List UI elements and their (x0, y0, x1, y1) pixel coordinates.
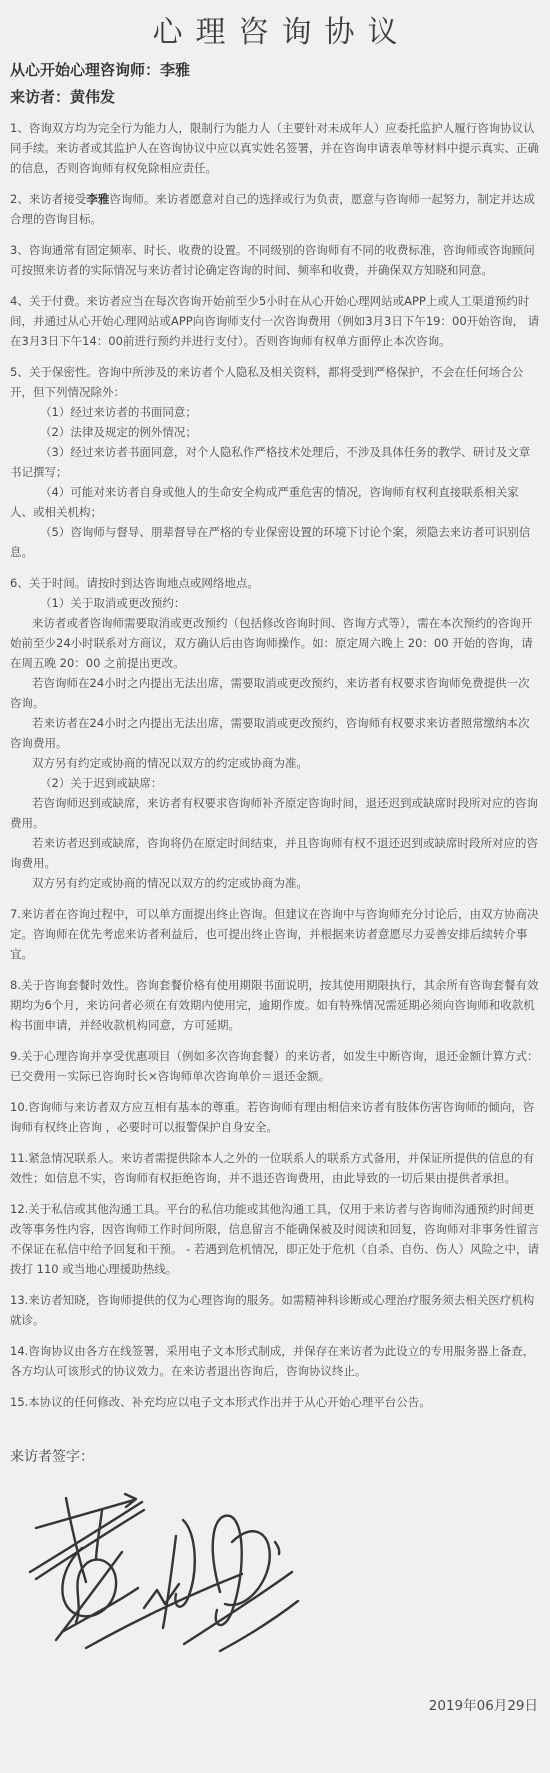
agreement-paragraph: 13.来访者知晓，咨询师提供的仅为心理咨询的服务。如需精神科诊断或心理治疗服务须… (10, 1290, 540, 1330)
agreement-paragraph: 若来访者迟到或缺席，咨询将仍在原定时间结束，并且咨询师有权不退还迟到或缺席时段所… (10, 833, 540, 873)
agreement-paragraph: 7.来访者在咨询过程中，可以单方面提出终止咨询。但建议在咨询中与咨询师充分讨论后… (10, 904, 540, 964)
agreement-paragraph: （2）法律及规定的例外情况； (10, 422, 540, 442)
visitor-signature-label: 来访者签字： (10, 1448, 540, 1466)
agreement-paragraph: （3）经过来访者书面同意，对个人隐私作严格技术处理后，不涉及具体任务的教学、研讨… (10, 442, 540, 482)
paragraph-text: （4）可能对来访者自身或他人的生命安全构成严重危害的情况，咨询师有权利直接联系相… (10, 485, 519, 519)
paragraph-text: 5、关于保密性。咨询中所涉及的来访者个人隐私及相关资料，都将受到严格保护，不会在… (10, 365, 523, 399)
party-name-bold: 李雅 (86, 192, 109, 206)
agreement-paragraph: 9.关于心理咨询并享受优惠项目（例如多次咨询套餐）的来访者，如发生中断咨询，退还… (10, 1046, 540, 1086)
paragraph-text: 9.关于心理咨询并享受优惠项目（例如多次咨询套餐）的来访者，如发生中断咨询，退还… (10, 1049, 538, 1083)
paragraph-text: 6、关于时间。请按时到达咨询地点或网络地点。 (10, 576, 259, 590)
signature-stroke (36, 1510, 144, 1579)
signature-stroke (36, 1500, 134, 1528)
agreement-paragraph: 若咨询师在24小时之内提出无法出席，需要取消或更改预约，来访者有权要求咨询师免费… (10, 673, 540, 713)
signature-stroke (275, 1542, 279, 1554)
signature-stroke (163, 1536, 176, 1628)
agreement-paragraph: 4、关于付费。来访者应当在每次咨询开始前至少5小时在从心开始心理网站或APP上或… (10, 291, 540, 351)
agreement-paragraph: （4）可能对来访者自身或他人的生命安全构成严重危害的情况，咨询师有权利直接联系相… (10, 482, 540, 522)
agreement-document: 心理咨询协议 从心开始心理咨询师：李雅 来访者：黄伟发 1、咨询双方均为完全行为… (0, 0, 550, 1773)
agreement-paragraph: 6、关于时间。请按时到达咨询地点或网络地点。 (10, 573, 540, 593)
signature-stroke (220, 1601, 298, 1651)
agreement-paragraph: 11.紧急情况联系人。来访者需提供除本人之外的一位联系人的联系方式备用，并保证所… (10, 1148, 540, 1188)
agreement-paragraph: 5、关于保密性。咨询中所涉及的来访者个人隐私及相关资料，都将受到严格保护，不会在… (10, 362, 540, 402)
agreement-paragraph: （1）经过来访者的书面同意； (10, 402, 540, 422)
paragraph-text: 若来访者在24小时之内提出无法出席，需要取消或更改预约，咨询师有权要求来访者照常… (10, 716, 530, 750)
paragraph-text: （5）咨询师与督导、朋辈督导在严格的专业保密设置的环境下讨论个案，须隐去来访者可… (10, 525, 530, 559)
paragraph-text: 双方另有约定或协商的情况以双方的约定或协商为准。 (32, 756, 308, 770)
paragraph-text: 7.来访者在咨询过程中，可以单方面提出终止咨询。但建议在咨询中与咨询师充分讨论后… (10, 907, 538, 961)
signature-stroke (184, 1572, 292, 1644)
agreement-paragraph: 15.本协议的任何修改、补充均应以电子文本形式作出并于从心开始心理平台公告。 (10, 1392, 540, 1412)
agreement-paragraph: 若咨询师迟到或缺席，来访者有权要求咨询师补齐原定咨询时间，退还迟到或缺席时段所对… (10, 793, 540, 833)
agreement-paragraph: （2）关于迟到或缺席： (10, 773, 540, 793)
paragraph-text: 1、咨询双方均为完全行为能力人，限制行为能力人（主要针对未成年人）应委托监护人履… (10, 121, 539, 175)
agreement-paragraph: 1、咨询双方均为完全行为能力人，限制行为能力人（主要针对未成年人）应委托监护人履… (10, 118, 540, 178)
agreement-paragraph: 若来访者在24小时之内提出无法出席，需要取消或更改预约，咨询师有权要求来访者照常… (10, 713, 540, 753)
agreement-paragraph: 来访者或者咨询师需要取消或更改预约（包括修改咨询时间、咨询方式等），需在本次预约… (10, 613, 540, 673)
agreement-clauses: 1、咨询双方均为完全行为能力人，限制行为能力人（主要针对未成年人）应委托监护人履… (10, 118, 540, 1412)
document-title: 心理咨询协议 (10, 14, 540, 52)
paragraph-text: （2）法律及规定的例外情况； (40, 425, 197, 439)
signature-stroke (62, 1548, 116, 1622)
agreement-paragraph: 8.关于咨询套餐时效性。咨询套餐价格有使用期限书面说明，按其使用期限执行，其余所… (10, 975, 540, 1035)
paragraph-text: （2）关于迟到或缺席： (40, 776, 162, 790)
paragraph-text: 若来访者迟到或缺席，咨询将仍在原定时间结束，并且咨询师有权不退还迟到或缺席时段所… (10, 836, 538, 870)
signature-section: 来访者签字： 2019年06月29日 (10, 1448, 540, 1773)
paragraph-text: 若咨询师在24小时之内提出无法出席，需要取消或更改预约，来访者有权要求咨询师免费… (10, 676, 530, 710)
paragraph-text: 若咨询师迟到或缺席，来访者有权要求咨询师补齐原定咨询时间，退还迟到或缺席时段所对… (10, 796, 538, 830)
agreement-paragraph: （1）关于取消或更改预约： (10, 593, 540, 613)
signature-stroke (56, 1552, 122, 1640)
paragraph-text: 11.紧急情况联系人。来访者需提供除本人之外的一位联系人的联系方式备用，并保证所… (10, 1151, 534, 1185)
paragraph-text: 2、来访者接受 (10, 192, 86, 206)
agreement-paragraph: 10.咨询师与来访者双方应互相有基本的尊重。若咨询师有理由相信来访者有肢体伤害咨… (10, 1097, 540, 1137)
visitor-line: 来访者：黄伟发 (10, 87, 540, 107)
agreement-paragraph: 3、咨询通常有固定频率、时长、收费的设置。不同级别的咨询师有不同的收费标准，咨询… (10, 240, 540, 280)
counselor-line: 从心开始心理咨询师：李雅 (10, 60, 540, 80)
agreement-paragraph: 双方另有约定或协商的情况以双方的约定或协商为准。 (10, 873, 540, 893)
agreement-paragraph: 双方另有约定或协商的情况以双方的约定或协商为准。 (10, 753, 540, 773)
agreement-paragraph: （5）咨询师与督导、朋辈督导在严格的专业保密设置的环境下讨论个案，须隐去来访者可… (10, 522, 540, 562)
paragraph-text: 10.咨询师与来访者双方应互相有基本的尊重。若咨询师有理由相信来访者有肢体伤害咨… (10, 1100, 534, 1134)
visitor-signature (26, 1480, 316, 1655)
signature-stroke (96, 1510, 102, 1559)
paragraph-text: 15.本协议的任何修改、补充均应以电子文本形式作出并于从心开始心理平台公告。 (10, 1395, 431, 1409)
paragraph-text: （3）经过来访者书面同意，对个人隐私作严格技术处理后，不涉及具体任务的教学、研讨… (10, 445, 530, 479)
paragraph-text: 双方另有约定或协商的情况以双方的约定或协商为准。 (32, 876, 308, 890)
paragraph-text: （1）经过来访者的书面同意； (40, 405, 197, 419)
paragraph-text: （1）关于取消或更改预约： (40, 596, 185, 610)
paragraph-text: 3、咨询通常有固定频率、时长、收费的设置。不同级别的咨询师有不同的收费标准，咨询… (10, 243, 535, 277)
agreement-paragraph: 14.咨询协议由各方在线签署，采用电子文本形式制成，并保存在来访者为此设立的专用… (10, 1341, 540, 1381)
paragraph-text: 12.关于私信或其他沟通工具。平台的私信功能或其他沟通工具，仅用于来访者与咨询师… (10, 1202, 539, 1276)
agreement-paragraph: 2、来访者接受李雅咨询师。来访者愿意对自己的选择或行为负责，愿意与咨询师一起努力… (10, 189, 540, 229)
paragraph-text: 13.来访者知晓，咨询师提供的仅为心理咨询的服务。如需精神科诊断或心理治疗服务须… (10, 1293, 534, 1327)
paragraph-text: 来访者或者咨询师需要取消或更改预约（包括修改咨询时间、咨询方式等），需在本次预约… (10, 616, 533, 670)
agreement-date: 2019年06月29日 (10, 1697, 538, 1715)
agreement-paragraph: 12.关于私信或其他沟通工具。平台的私信功能或其他沟通工具，仅用于来访者与咨询师… (10, 1199, 540, 1279)
paragraph-text: 4、关于付费。来访者应当在每次咨询开始前至少5小时在从心开始心理网站或APP上或… (10, 294, 539, 348)
paragraph-text: 8.关于咨询套餐时效性。咨询套餐价格有使用期限书面说明，按其使用期限执行，其余所… (10, 978, 538, 1032)
paragraph-text: 14.咨询协议由各方在线签署，采用电子文本形式制成，并保存在来访者为此设立的专用… (10, 1344, 534, 1378)
signature-stroke (225, 1531, 270, 1605)
